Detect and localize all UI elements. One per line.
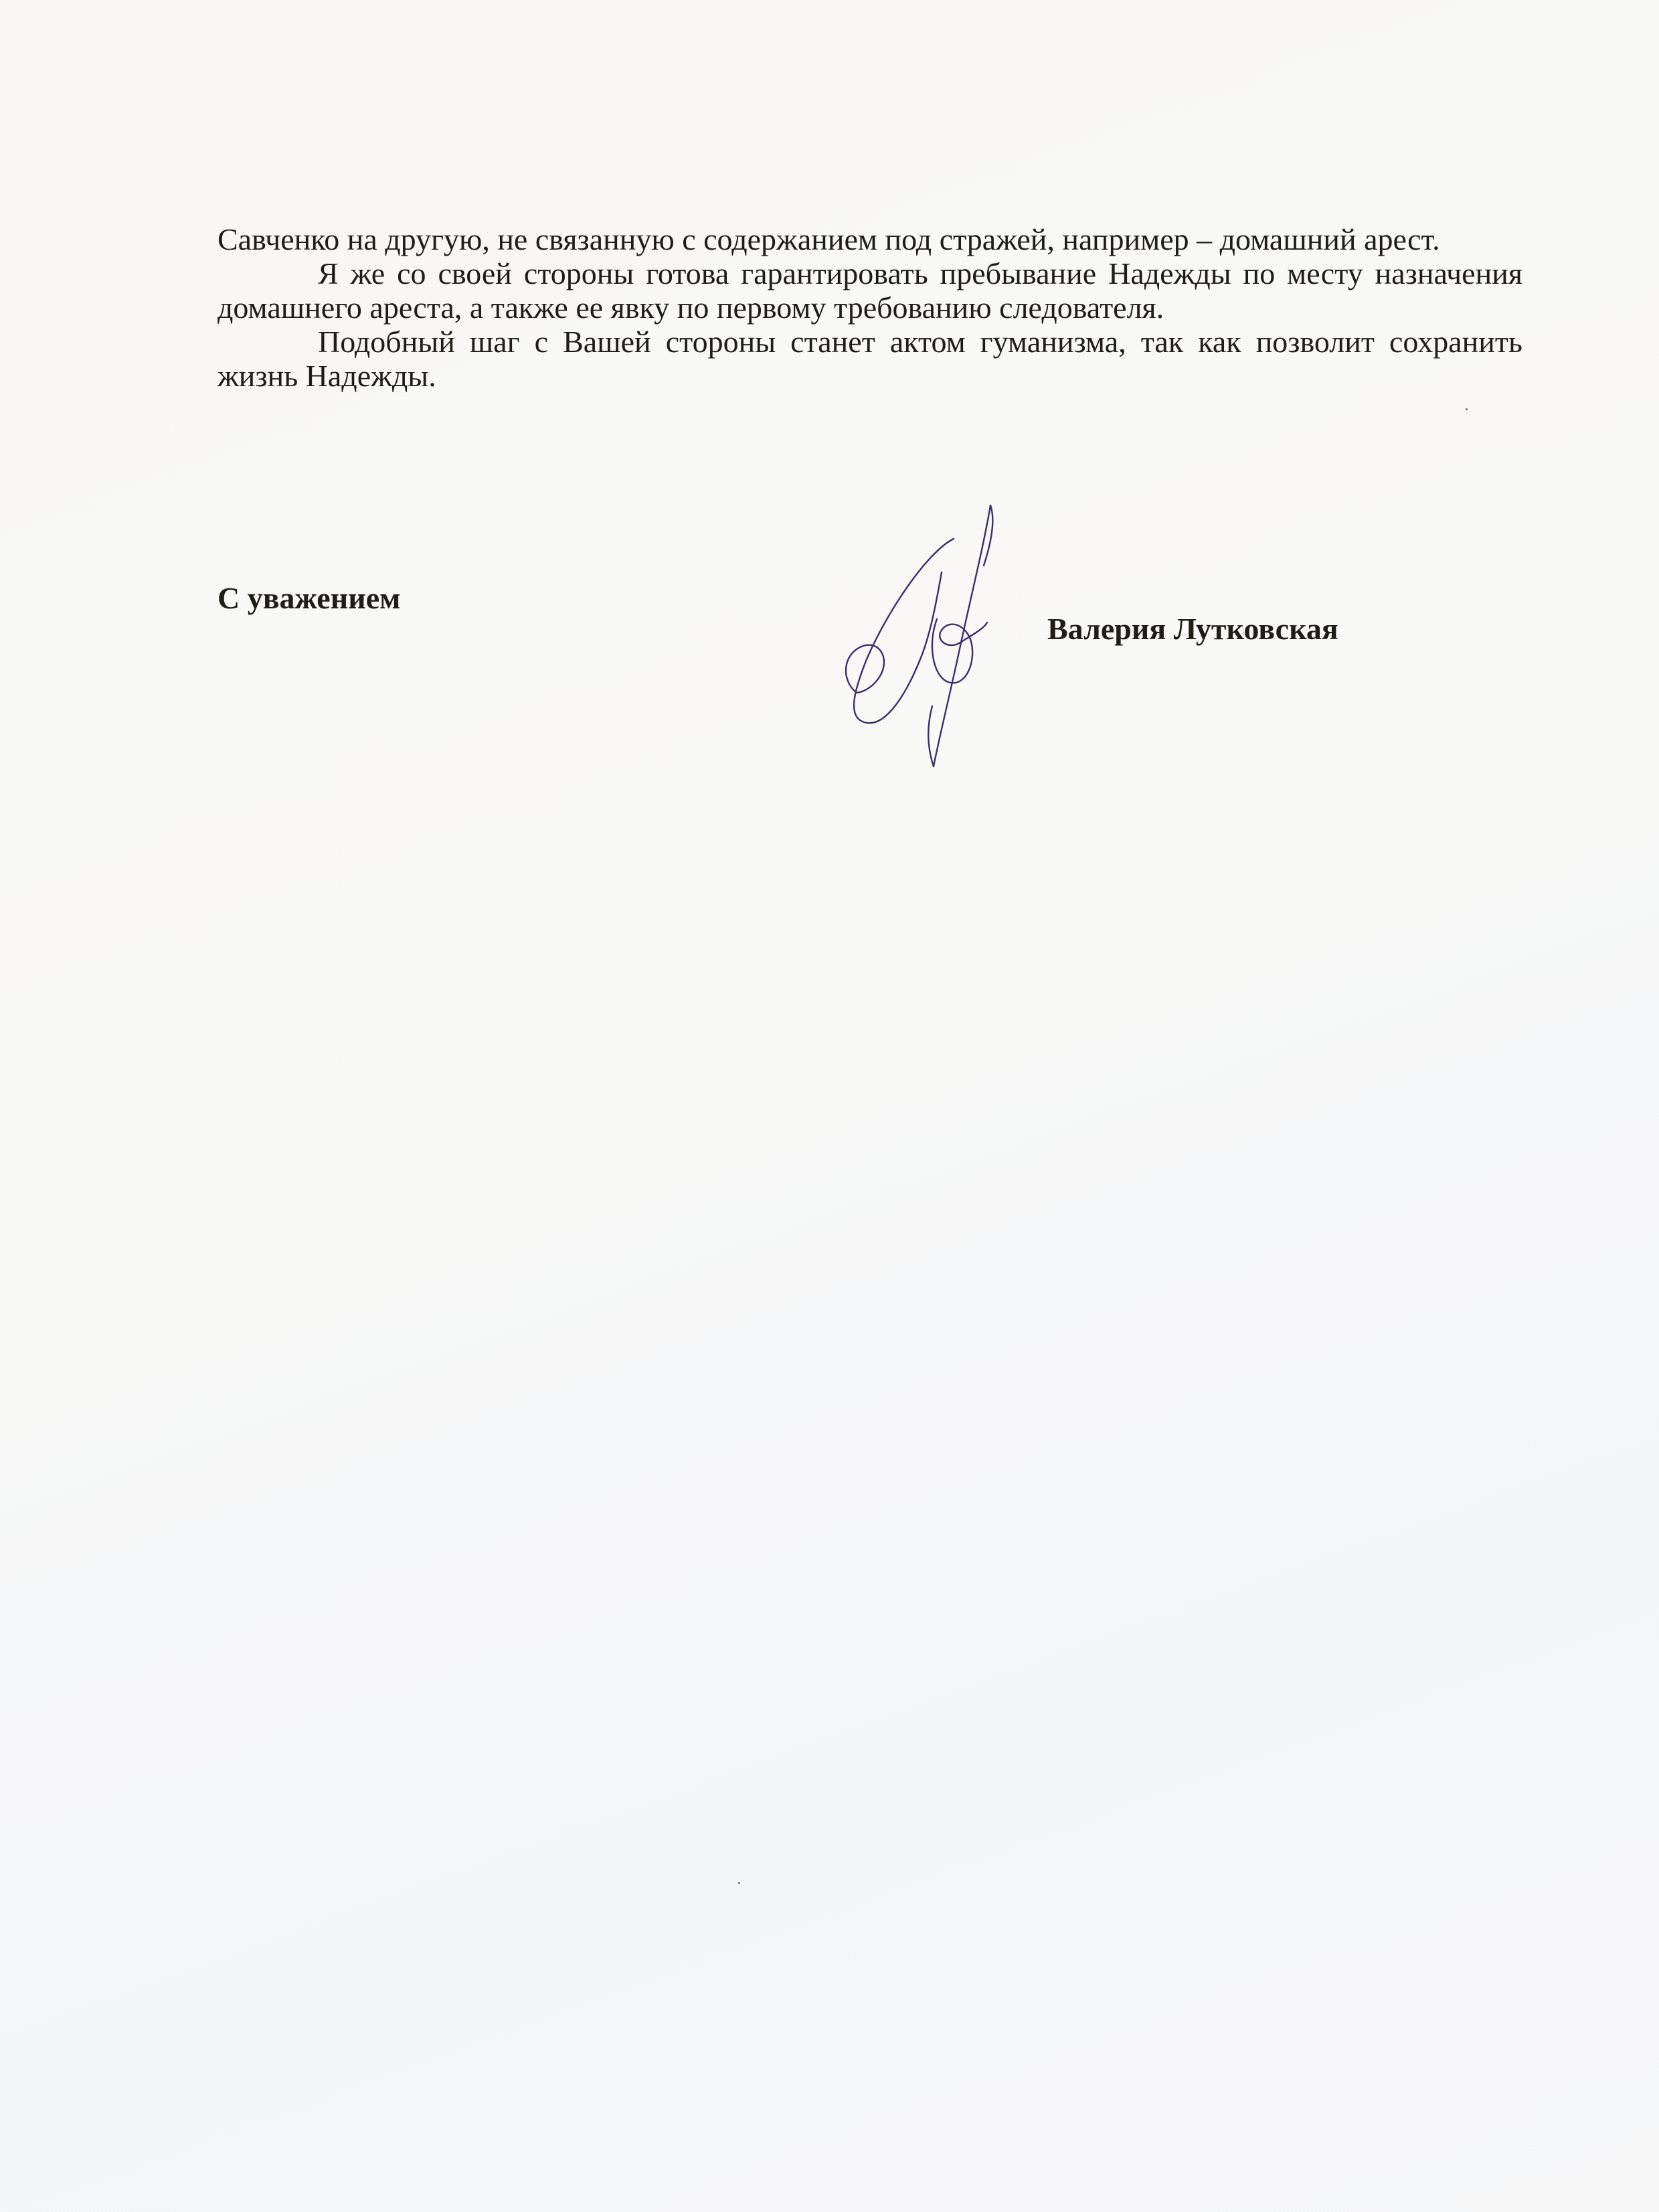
signer-name: Валерия Лутковская (1047, 612, 1338, 646)
paragraph-2: Я же со своей стороны готова гарантирова… (217, 256, 1522, 325)
paragraph-1: Савченко на другую, не связанную с содер… (217, 222, 1522, 256)
letter-body: Савченко на другую, не связанную с содер… (217, 222, 1522, 393)
paragraph-3: Подобный шаг с Вашей стороны станет акто… (217, 325, 1522, 393)
closing-salutation: С уважением (217, 581, 400, 615)
paper-speck (738, 1882, 740, 1884)
paper-speck (1466, 408, 1468, 410)
handwritten-signature-icon (826, 492, 1054, 773)
letter-page: Савченко на другую, не связанную с содер… (0, 0, 1659, 2212)
